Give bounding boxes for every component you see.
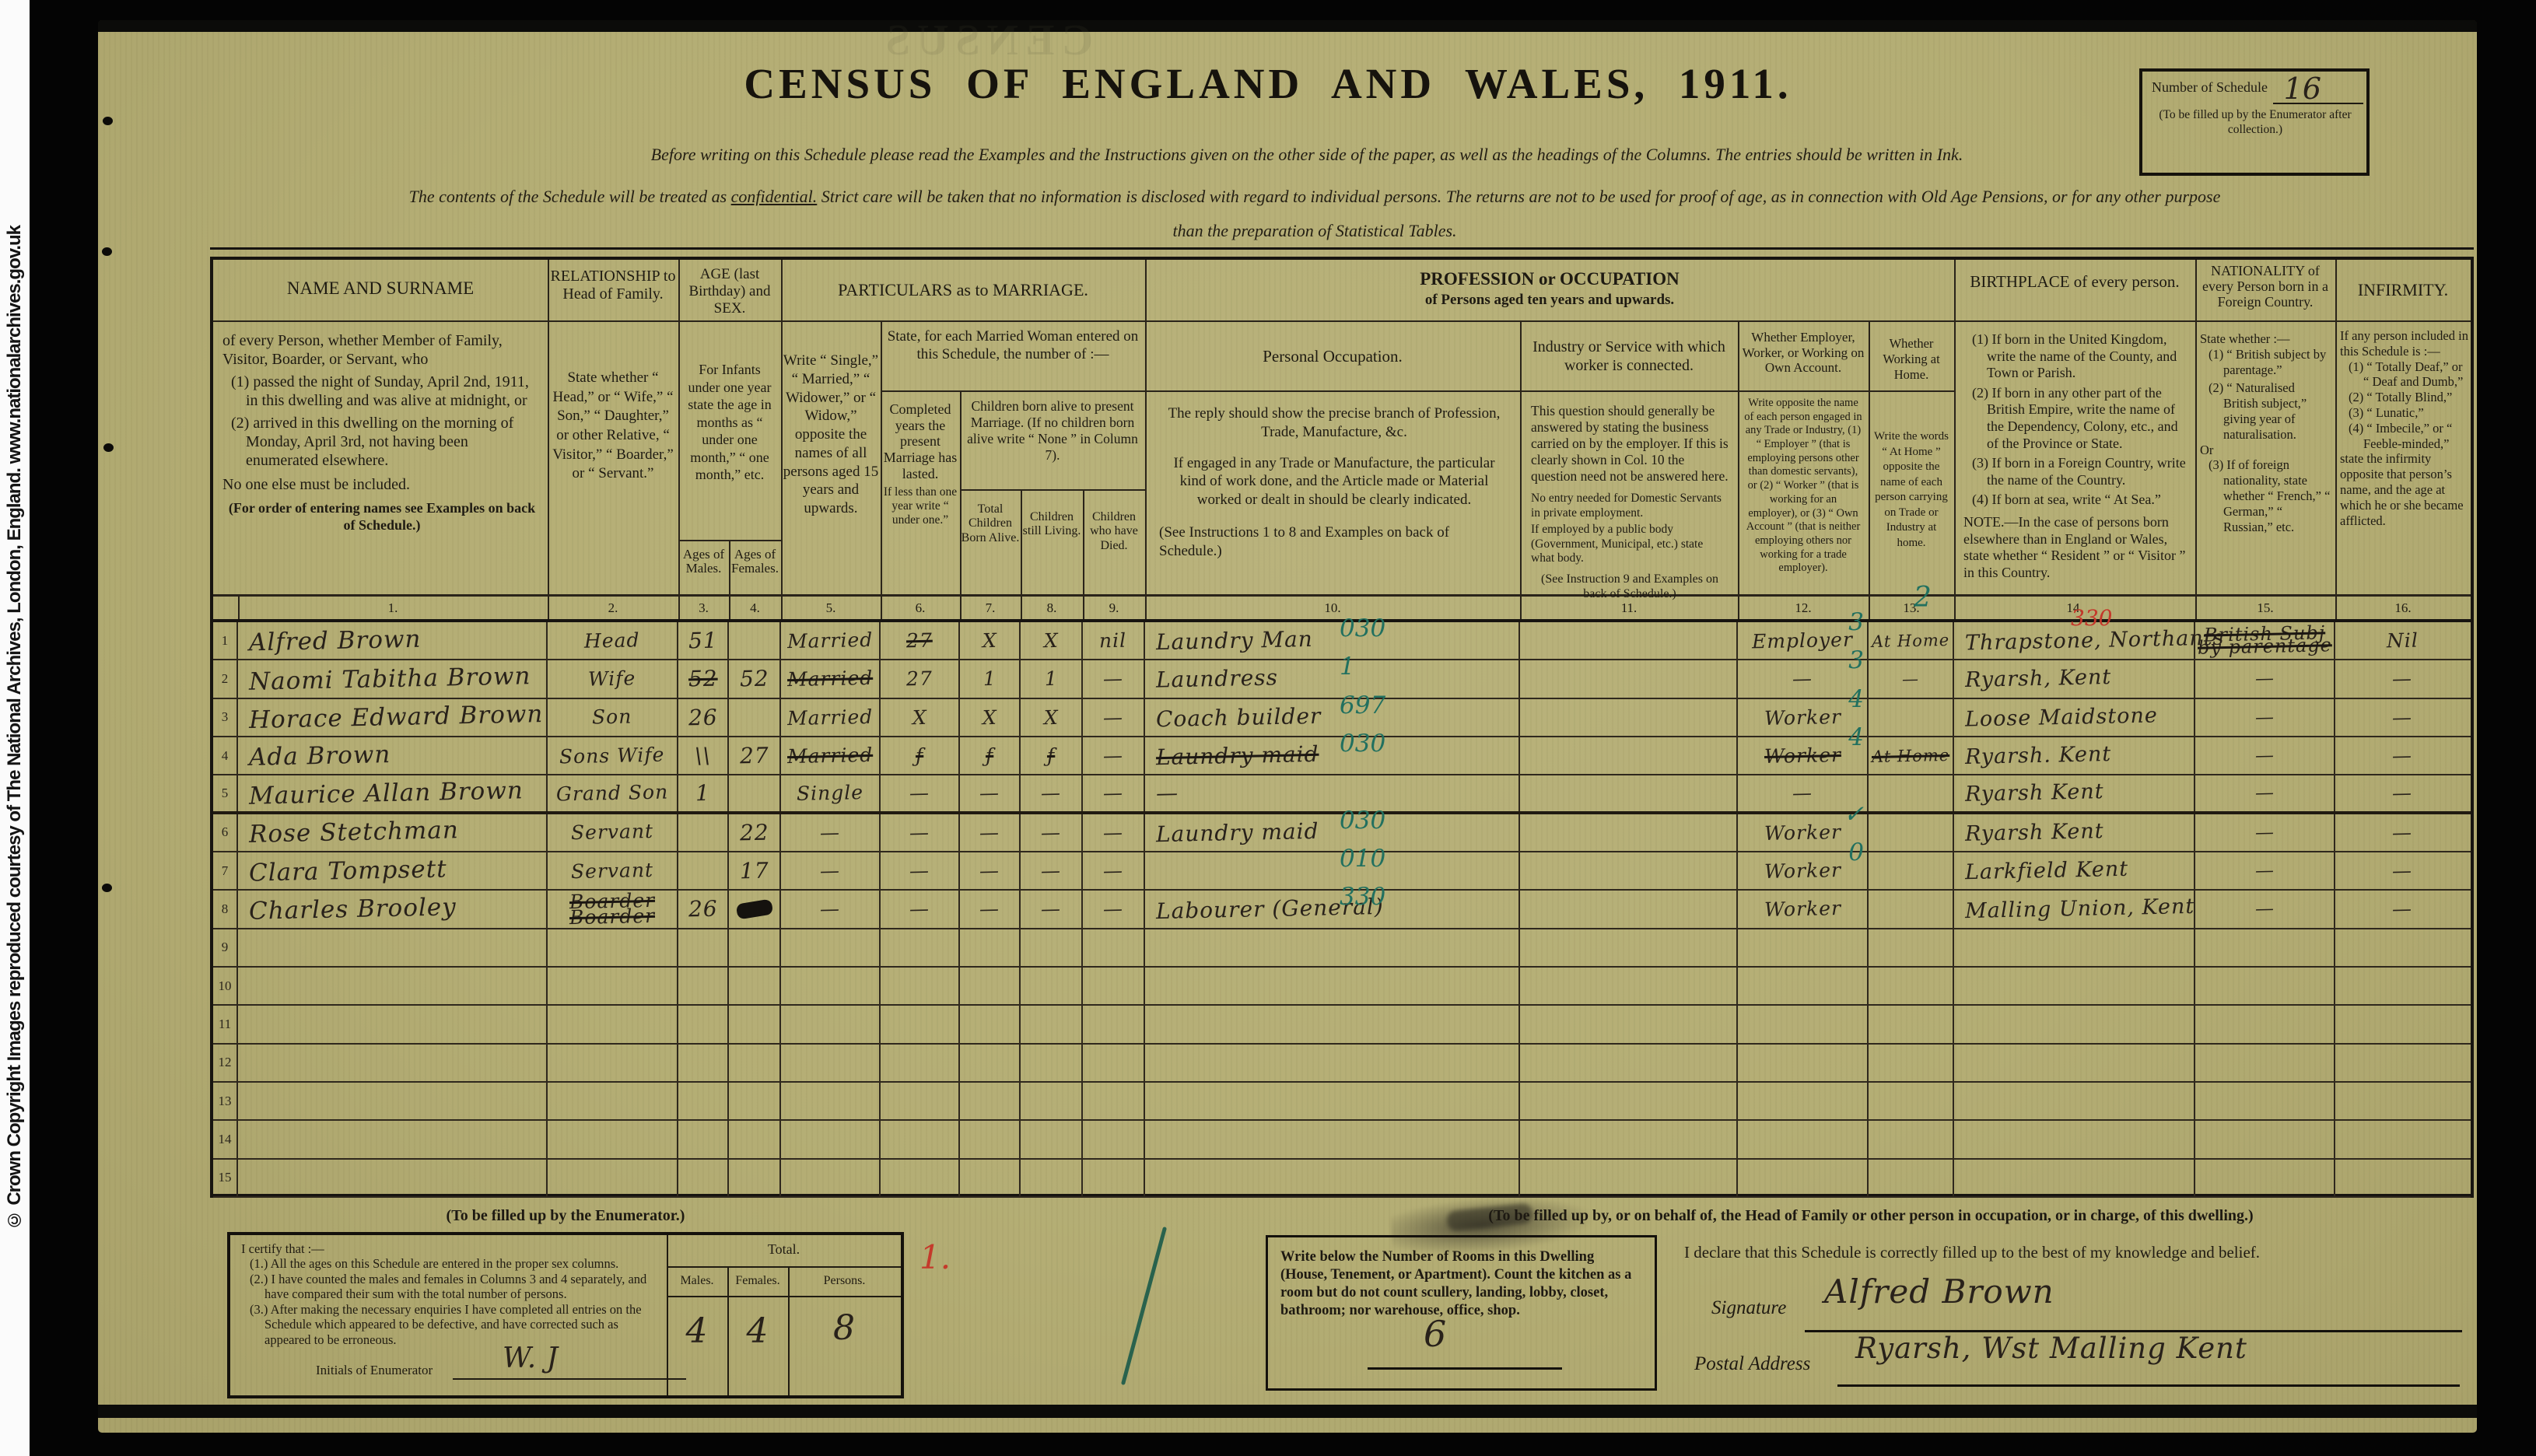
cell-age-female [729, 1045, 781, 1081]
cell-nationality [2195, 968, 2335, 1004]
cell-marital-status: Married [781, 660, 881, 697]
working-at-home-value: — [1902, 670, 1919, 688]
table-row: 11 [213, 1006, 2471, 1044]
age-female-value: 17 [739, 858, 769, 884]
col-number-15: 15. [2195, 600, 2335, 616]
table-row: 4 Ada Brown Sons Wife \\ 27 Married ƒ ƒ … [213, 737, 2471, 775]
age-instructions: For Infants under one year state the age… [681, 361, 778, 484]
cell-children-living: ƒ [1021, 737, 1083, 774]
working-at-home-instructions: Write the words “ At Home ” opposite the… [1873, 429, 1949, 551]
row-number: 14 [213, 1121, 238, 1157]
cell-children-born: X [960, 699, 1021, 736]
relationship-value: Servant [571, 861, 654, 881]
cell-name [238, 1006, 548, 1042]
employment-code: 3 [1848, 646, 1864, 674]
relationship-value: Head [584, 631, 640, 650]
birthplace-value: Ryarsh. Kent [1965, 742, 2112, 769]
initials-label: Initials of Enumerator [316, 1363, 487, 1378]
table-row: 15 [213, 1160, 2471, 1198]
cell-age-female [729, 1121, 781, 1157]
infirmity-instr-5: state the infirmity opposite that person… [2340, 451, 2471, 528]
cell-nationality: — [2195, 814, 2335, 851]
cell-birthplace [1954, 1121, 2195, 1157]
enumerator-box: I certify that :— (1.) All the ages on t… [227, 1232, 904, 1398]
totals-rule-2 [667, 1296, 901, 1297]
cell-occupation [1145, 1160, 1520, 1196]
nationality-instr-3: (3) If of foreign nationality, state whe… [2200, 457, 2331, 534]
nationality-value: — [2254, 785, 2274, 802]
cell-name: Ada Brown [238, 737, 548, 774]
birthplace-instr-1: (1) If born in the United Kingdom, write… [1963, 331, 2187, 382]
name-column-instructions: of every Person, whether Member of Famil… [222, 331, 541, 534]
name-value: Alfred Brown [249, 625, 422, 656]
age-male-value: 52 [688, 666, 717, 692]
cell-occupation: — [1145, 775, 1520, 810]
occupation-value: Laundry maid [1156, 818, 1319, 847]
nationality-instr-0: State whether :— [2200, 331, 2331, 347]
col-number-11: 11. [1520, 600, 1738, 616]
row-number: 12 [213, 1045, 238, 1081]
cell-birthplace [1954, 1045, 2195, 1081]
birthplace-value: Loose Maidstone [1965, 703, 2158, 731]
cell-occupation: Laundry maid030 [1145, 814, 1520, 851]
cell-children-died: — [1083, 699, 1145, 736]
cell-children-died: — [1083, 775, 1145, 810]
row-number: 9 [213, 929, 238, 966]
occupation-value: Laundress [1156, 665, 1279, 693]
birthplace-value: Larkfield Kent [1965, 857, 2129, 884]
total-persons-value: 8 [788, 1308, 901, 1348]
cell-employment-status [1738, 1006, 1869, 1042]
cell-children-living [1021, 1006, 1083, 1042]
marital-status-value: Married [787, 744, 874, 768]
row-number: 7 [213, 852, 238, 889]
enumerator-green-mark: 2 [1914, 582, 1932, 614]
row-number: 13 [213, 1083, 238, 1119]
males-label: Males. [667, 1274, 727, 1288]
cell-marriage-years [881, 1160, 960, 1196]
punch-hole [102, 247, 112, 256]
marriage-years-value: 27 [906, 667, 933, 691]
grid-line [213, 594, 2471, 597]
schedule-number-label: Number of Schedule [2152, 79, 2268, 95]
cell-marriage-years: ƒ [881, 737, 960, 774]
cell-name: Alfred Brown [238, 622, 548, 659]
cell-marital-status: Married [781, 699, 881, 736]
cell-marriage-years [881, 1006, 960, 1042]
cell-age-male [678, 1083, 729, 1119]
totals-rule [667, 1266, 901, 1268]
name-instr-order: (For order of entering names see Example… [222, 500, 541, 534]
name-instr-2: (2) arrived in this dwelling on the morn… [222, 414, 541, 471]
marital-status-value: — [820, 821, 841, 845]
nationality-instr-1: (1) “ British subject by parentage.” [2200, 347, 2331, 378]
cell-marital-status: — [781, 852, 881, 889]
employment-status-value: Employer [1752, 628, 1853, 653]
cell-children-died: — [1083, 891, 1145, 927]
occupation-code: 697 [1340, 691, 1385, 719]
cell-children-born [960, 929, 1021, 966]
children-living-value: X [1043, 629, 1058, 652]
cell-relationship [548, 968, 678, 1004]
rooms-line [1368, 1367, 1562, 1370]
marriage-years-label: Completed years the present Marriage has… [882, 401, 958, 527]
cell-children-living [1021, 968, 1083, 1004]
cell-working-at-home [1869, 775, 1954, 810]
table-body: 1 Alfred Brown Head 51 Married 27 X X ni… [210, 622, 2474, 1198]
marriage-years-value: — [909, 782, 930, 805]
nationality-value: — [2254, 824, 2274, 841]
cell-industry [1520, 699, 1738, 736]
cell-infirmity: — [2335, 699, 2469, 736]
ages-females-label: Ages of Females. [729, 548, 781, 576]
industry-instr-1: This question should generally be answer… [1531, 403, 1729, 485]
profession-subtitle: of Persons aged ten years and upwards. [1145, 292, 1954, 309]
cell-industry [1520, 775, 1738, 810]
grid-line [2335, 260, 2337, 619]
cell-children-died [1083, 929, 1145, 966]
cell-children-born: 1 [960, 660, 1021, 697]
punch-hole [103, 117, 113, 125]
cell-nationality: — [2195, 660, 2335, 697]
occupation-code: 030 [1340, 730, 1385, 758]
cell-industry [1520, 968, 1738, 1004]
children-born-value: 1 [983, 667, 997, 690]
cell-working-at-home [1869, 699, 1954, 736]
cell-marriage-years: 27 [881, 660, 960, 697]
age-male-value: \\ [695, 743, 712, 768]
cell-occupation [1145, 929, 1520, 966]
employment-code: 4 [1848, 723, 1864, 751]
infirmity-value: — [2392, 821, 2413, 845]
cell-marital-status: Married [781, 737, 881, 774]
col-header-name: NAME AND SURNAME [213, 278, 548, 299]
householder-section-heading: (To be filled up by, or on behalf of, th… [1276, 1207, 2466, 1225]
cell-marital-status [781, 1121, 881, 1157]
age-male-value: 1 [695, 780, 711, 806]
children-died-label: Children who have Died. [1083, 510, 1145, 553]
nationality-instr-or: Or [2200, 443, 2331, 458]
name-value: Horace Edward Brown [249, 700, 544, 734]
certify-intro: I certify that :— [241, 1241, 661, 1256]
declaration-text: I declare that this Schedule is correctl… [1684, 1243, 2470, 1262]
row-number-value: 8 [222, 901, 229, 917]
marital-status-instructions: Write “ Single,” “ Married,” “ Widower,”… [783, 352, 879, 518]
col-number-10: 10. [1145, 600, 1520, 616]
row-number-value: 10 [219, 978, 232, 994]
cell-children-born: — [960, 891, 1021, 927]
children-born-value: — [979, 782, 1000, 805]
certify-2: (2.) I have counted the males and female… [241, 1272, 661, 1302]
signature-value: Alfred Brown [1824, 1272, 2054, 1311]
infirmity-instr-2: (2) “ Totally Blind,” [2340, 390, 2471, 405]
cell-children-born: X [960, 622, 1021, 659]
cell-name [238, 1121, 548, 1157]
rooms-value: 6 [1424, 1313, 1447, 1355]
cell-nationality: — [2195, 775, 2335, 810]
cell-age-female [729, 775, 781, 810]
enumerator-certification: I certify that :— (1.) All the ages on t… [241, 1241, 661, 1347]
cell-infirmity [2335, 1045, 2469, 1081]
cell-occupation [1145, 1045, 1520, 1081]
row-number-value: 12 [219, 1055, 232, 1070]
age-female-value: 22 [739, 819, 769, 845]
cell-age-male [678, 852, 729, 889]
cell-occupation: Laundry maid030 [1145, 737, 1520, 774]
infirmity-value: — [2392, 898, 2413, 921]
persons-label: Persons. [788, 1274, 901, 1288]
employment-status-value: Worker [1764, 859, 1841, 883]
cell-age-female: 17 [729, 852, 781, 889]
occupation-value: Laundry Man [1156, 626, 1313, 655]
cell-name: Charles Brooley [238, 891, 548, 927]
cell-nationality: British Subjby parentage [2195, 622, 2335, 659]
children-living-value: — [1041, 782, 1062, 805]
cell-employment-status [1738, 1160, 1869, 1196]
cell-birthplace: Ryarsh Kent [1954, 775, 2195, 810]
col-header-relationship: RELATIONSHIP to Head of Family. [548, 268, 678, 303]
cell-age-female [729, 622, 781, 659]
cell-name [238, 968, 548, 1004]
cell-occupation [1145, 1006, 1520, 1042]
cell-children-living: — [1021, 814, 1083, 851]
name-value: Naomi Tabitha Brown [249, 662, 531, 696]
occupation-value: Coach builder [1156, 703, 1322, 732]
children-living-value: — [1041, 821, 1062, 845]
name-value: Rose Stetchman [249, 816, 459, 849]
birthplace-value: Malling Union, Kent [1965, 894, 2195, 923]
cell-children-living [1021, 1121, 1083, 1157]
employment-status-value: Worker [1764, 744, 1841, 768]
cell-employment-status [1738, 968, 1869, 1004]
birthplace-instr-2: (2) If born in any other part of the Bri… [1963, 385, 2187, 452]
cell-birthplace [1954, 1006, 2195, 1042]
cell-age-female: 27 [729, 737, 781, 774]
cell-employment-status [1738, 1045, 1869, 1081]
census-scan-page: © Crown Copyright Images reproduced cour… [0, 0, 2536, 1456]
cell-relationship [548, 1006, 678, 1042]
grid-line [1083, 489, 1084, 619]
cell-marriage-years [881, 1083, 960, 1119]
cell-age-male [678, 929, 729, 966]
industry-instr-2: No entry needed for Domestic Servants in… [1531, 492, 1729, 520]
cell-infirmity [2335, 968, 2469, 1004]
employment-status-value: Worker [1764, 705, 1841, 730]
postal-address-line [1837, 1384, 2460, 1387]
row-number: 15 [213, 1160, 238, 1196]
children-born-value: — [979, 898, 1000, 921]
cell-nationality: — [2195, 891, 2335, 927]
birthplace-code: 330 [2071, 605, 2112, 631]
employment-code: 4 [1848, 685, 1864, 713]
employment-code: ✓ [1844, 800, 1864, 828]
cell-name: Rose Stetchman [238, 814, 548, 851]
cell-marriage-years: — [881, 814, 960, 851]
cell-age-female: 52 [729, 660, 781, 697]
cell-birthplace: Ryarsh. Kent [1954, 737, 2195, 774]
cell-age-male: \\ [678, 737, 729, 774]
cell-working-at-home [1869, 852, 1954, 889]
cell-occupation: 010 [1145, 852, 1520, 889]
cell-marriage-years: — [881, 852, 960, 889]
occupation-code: 030 [1340, 614, 1385, 642]
age-female-value: 52 [739, 666, 769, 692]
children-born-value: ƒ [986, 744, 994, 767]
employment-status-value: Worker [1764, 821, 1841, 845]
cell-relationship [548, 929, 678, 966]
cell-age-female [729, 968, 781, 1004]
form-top-border [98, 20, 2477, 32]
employment-status-value: — [1792, 782, 1813, 805]
relationship-value: Servant [571, 822, 654, 842]
birthplace-value: Ryarsh Kent [1965, 819, 2104, 846]
row-number-value: 9 [222, 940, 229, 955]
cell-children-living: — [1021, 891, 1083, 927]
cell-relationship: Son [548, 699, 678, 736]
cell-age-male: 1 [678, 775, 729, 810]
cell-children-died [1083, 1160, 1145, 1196]
postal-address-value: Ryarsh, Wst Malling Kent [1855, 1332, 2247, 1365]
industry-instr-3: If employed by a public body (Government… [1531, 523, 1729, 566]
cell-infirmity [2335, 1083, 2469, 1119]
birthplace-value: Ryarsh, Kent [1965, 666, 2112, 693]
nationality-value: — [2254, 863, 2274, 880]
cell-marriage-years [881, 968, 960, 1004]
initials-line [453, 1378, 686, 1380]
col-number-7: 7. [960, 600, 1021, 616]
row-number-value: 11 [219, 1017, 231, 1032]
cell-relationship: Wife [548, 660, 678, 697]
cell-children-living [1021, 929, 1083, 966]
marriage-years-text: Completed years the present Marriage has… [882, 401, 958, 481]
infirmity-instr-4: (4) “ Imbecile,” or “ Feeble-minded,” [2340, 421, 2471, 452]
marital-status-value: Married [787, 667, 874, 691]
row-number: 2 [213, 660, 238, 697]
cell-nationality [2195, 1045, 2335, 1081]
employer-worker-instructions: Write opposite the name of each person e… [1744, 397, 1862, 576]
females-label: Females. [727, 1274, 788, 1288]
grid-line [1145, 260, 1147, 619]
cell-children-died [1083, 1045, 1145, 1081]
col-number-1: 1. [238, 600, 548, 616]
cell-birthplace [1954, 929, 2195, 966]
cell-infirmity: — [2335, 660, 2469, 697]
cell-children-living: X [1021, 699, 1083, 736]
row-number-value: 1 [222, 633, 229, 649]
cell-children-died [1083, 968, 1145, 1004]
cell-birthplace [1954, 1160, 2195, 1196]
cell-birthplace [1954, 1083, 2195, 1119]
row-number-value: 3 [222, 709, 229, 725]
children-living-value: ƒ [1047, 744, 1056, 767]
infirmity-value: — [2392, 667, 2413, 691]
col-number-9: 9. [1083, 600, 1145, 616]
cell-working-at-home [1869, 1045, 1954, 1081]
cell-occupation: Coach builder697 [1145, 699, 1520, 736]
cell-name [238, 1160, 548, 1196]
cell-industry [1520, 814, 1738, 851]
row-number-value: 13 [219, 1094, 232, 1109]
cell-age-female [729, 699, 781, 736]
birthplace-value: Ryarsh Kent [1965, 780, 2104, 807]
name-instr-intro: of every Person, whether Member of Famil… [222, 331, 541, 369]
working-at-home-label: Whether Working at Home. [1870, 336, 1953, 382]
cell-marriage-years: — [881, 891, 960, 927]
cell-relationship: Servant [548, 852, 678, 889]
instruction-line-1: Before writing on this Schedule please r… [280, 145, 2334, 165]
nationality-struck-value: by parentage [2197, 637, 2331, 656]
cell-marriage-years: — [881, 775, 960, 810]
birthplace-note: NOTE.—In the case of persons born elsewh… [1963, 514, 2187, 581]
cell-marital-status: — [781, 814, 881, 851]
marital-status-value: Married [787, 705, 874, 730]
cell-occupation: Laundry Man030 [1145, 622, 1520, 659]
cell-infirmity: — [2335, 852, 2469, 889]
nationality-instr-2: (2) “ Naturalised British subject,” givi… [2200, 380, 2331, 442]
cell-working-at-home: At Home [1869, 737, 1954, 774]
cell-infirmity [2335, 1121, 2469, 1157]
relationship-value: Wife [588, 669, 636, 688]
cell-children-born [960, 1083, 1021, 1119]
punch-hole [103, 443, 114, 452]
grid-line [548, 260, 549, 619]
industry-instr-4: (See Instruction 9 and Examples on back … [1531, 572, 1729, 601]
cell-infirmity: — [2335, 737, 2469, 774]
children-died-value: — [1103, 821, 1124, 845]
cell-relationship [548, 1160, 678, 1196]
cell-nationality [2195, 1006, 2335, 1042]
cell-occupation [1145, 968, 1520, 1004]
cell-marriage-years [881, 1121, 960, 1157]
cell-working-at-home: At Home [1869, 622, 1954, 659]
employment-code: 0 [1848, 838, 1864, 866]
cell-age-female [729, 1083, 781, 1119]
row-number: 11 [213, 1006, 238, 1042]
occupation-value: — [1156, 780, 1179, 807]
cell-age-female [729, 891, 781, 927]
occupation-value: Laundry maid [1156, 741, 1319, 770]
cell-working-at-home: — [1869, 660, 1954, 697]
children-living-value: — [1041, 859, 1062, 883]
grid-line [2195, 260, 2197, 619]
cell-infirmity: — [2335, 814, 2469, 851]
cell-working-at-home [1869, 968, 1954, 1004]
cell-age-female [729, 929, 781, 966]
working-at-home-value: At Home [1872, 746, 1950, 766]
row-number: 1 [213, 622, 238, 659]
instruction-line-2: The contents of the Schedule will be tre… [233, 187, 2396, 207]
cell-name: Maurice Allan Brown [238, 775, 548, 810]
industry-label: Industry or Service with which worker is… [1523, 338, 1735, 375]
col-header-nationality: NATIONALITY of every Person born in a Fo… [2195, 264, 2335, 310]
table-row: 12 [213, 1045, 2471, 1083]
cell-employment-status [1738, 1083, 1869, 1119]
ink-blot [735, 898, 773, 919]
cell-working-at-home [1869, 1083, 1954, 1119]
cell-relationship [548, 1083, 678, 1119]
name-instr-1: (1) passed the night of Sunday, April 2n… [222, 373, 541, 411]
children-died-value: — [1103, 667, 1124, 691]
cell-occupation: Labourer (General)330 [1145, 891, 1520, 927]
cell-employment-status [1738, 1121, 1869, 1157]
col-header-age-sex: AGE (last Birthday) and SEX. [678, 266, 781, 317]
infirmity-instructions: If any person included in this Schedule … [2340, 328, 2471, 528]
children-died-value: — [1103, 782, 1124, 805]
total-males-value: 4 [667, 1311, 727, 1351]
children-died-value: nil [1099, 629, 1127, 653]
cell-age-male: 52 [678, 660, 729, 697]
cell-name: Clara Tompsett [238, 852, 548, 889]
